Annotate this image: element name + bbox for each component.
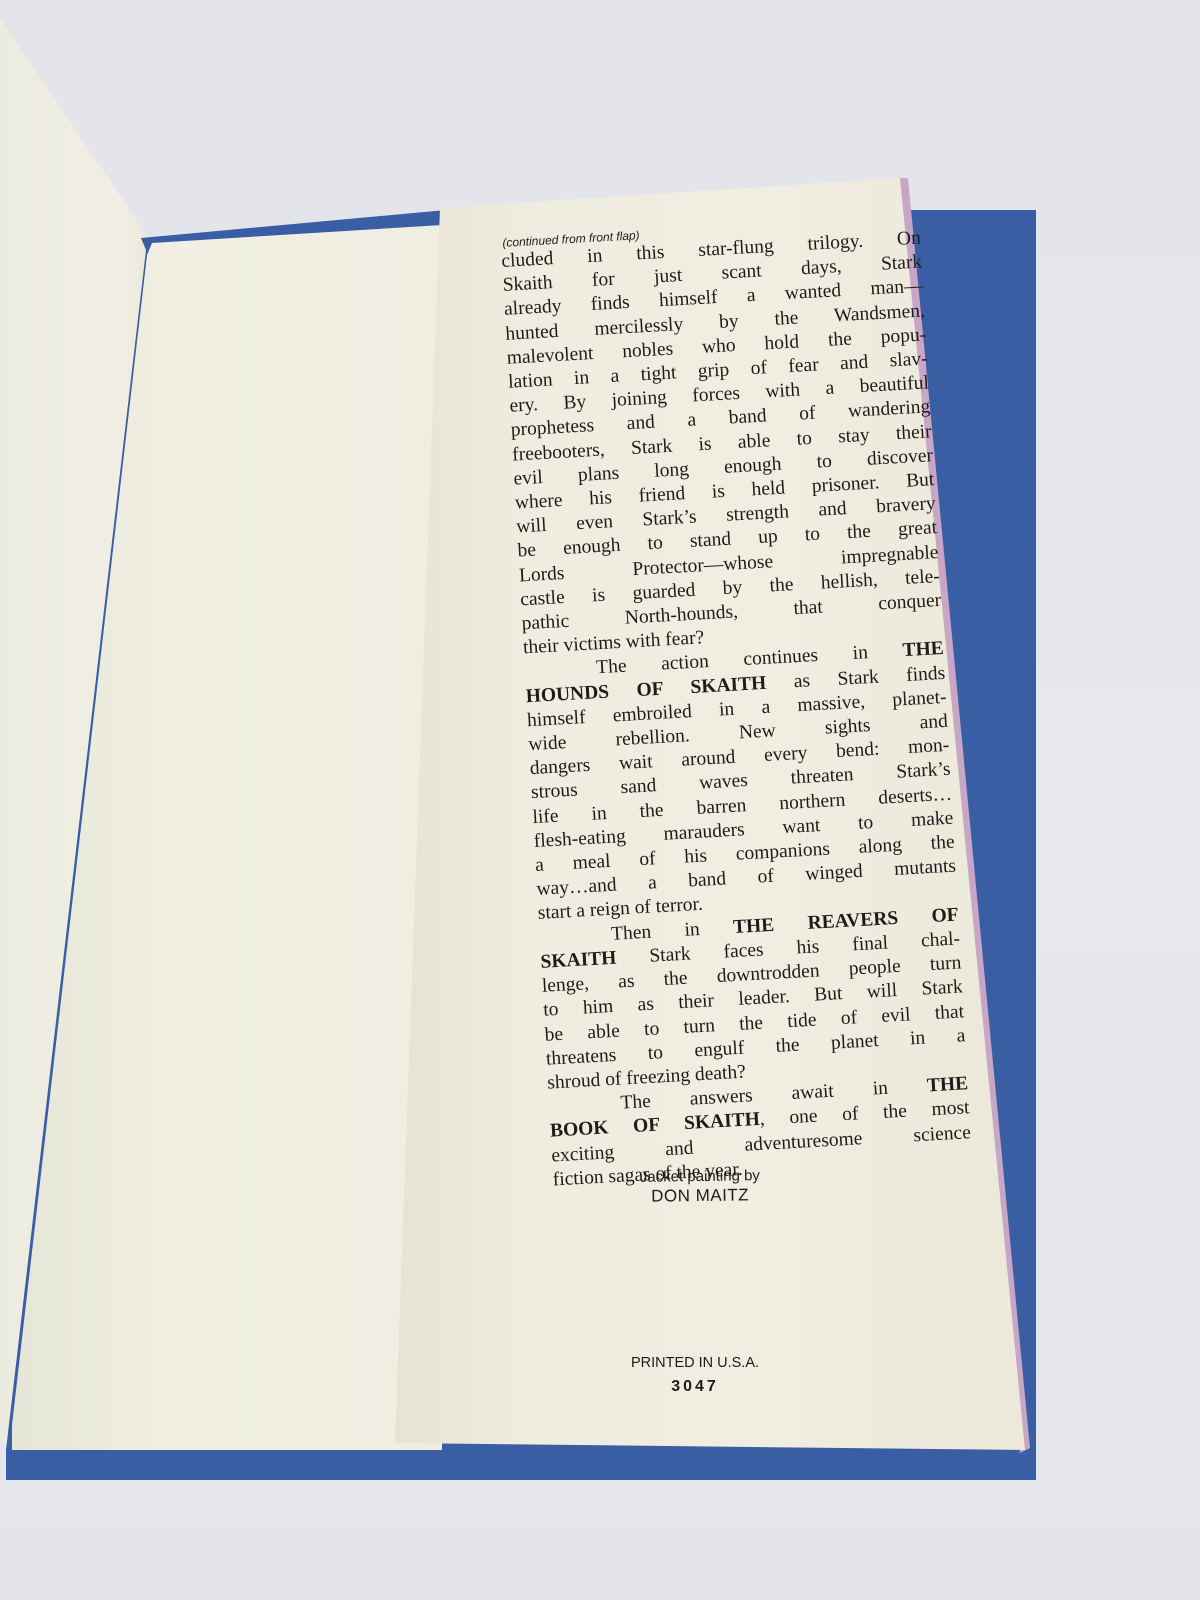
- flap-body: cluded in this star-flung trilogy. OnSka…: [501, 227, 973, 1193]
- artist-name: DON MAITZ: [600, 1185, 800, 1208]
- book-title: SKAITH: [540, 948, 617, 973]
- book-title: THE: [902, 638, 944, 661]
- flap-copy: (continued from front flap) cluded in th…: [500, 213, 973, 1193]
- price-code: 3047: [600, 1374, 790, 1400]
- imprint: PRINTED IN U.S.A. 3047: [600, 1354, 790, 1400]
- book-photo: (continued from front flap) cluded in th…: [0, 0, 1200, 1600]
- book-title: THE: [926, 1073, 968, 1096]
- jacket-credit: Jacket painting by DON MAITZ: [600, 1167, 801, 1208]
- printed-in: PRINTED IN U.S.A.: [600, 1354, 790, 1372]
